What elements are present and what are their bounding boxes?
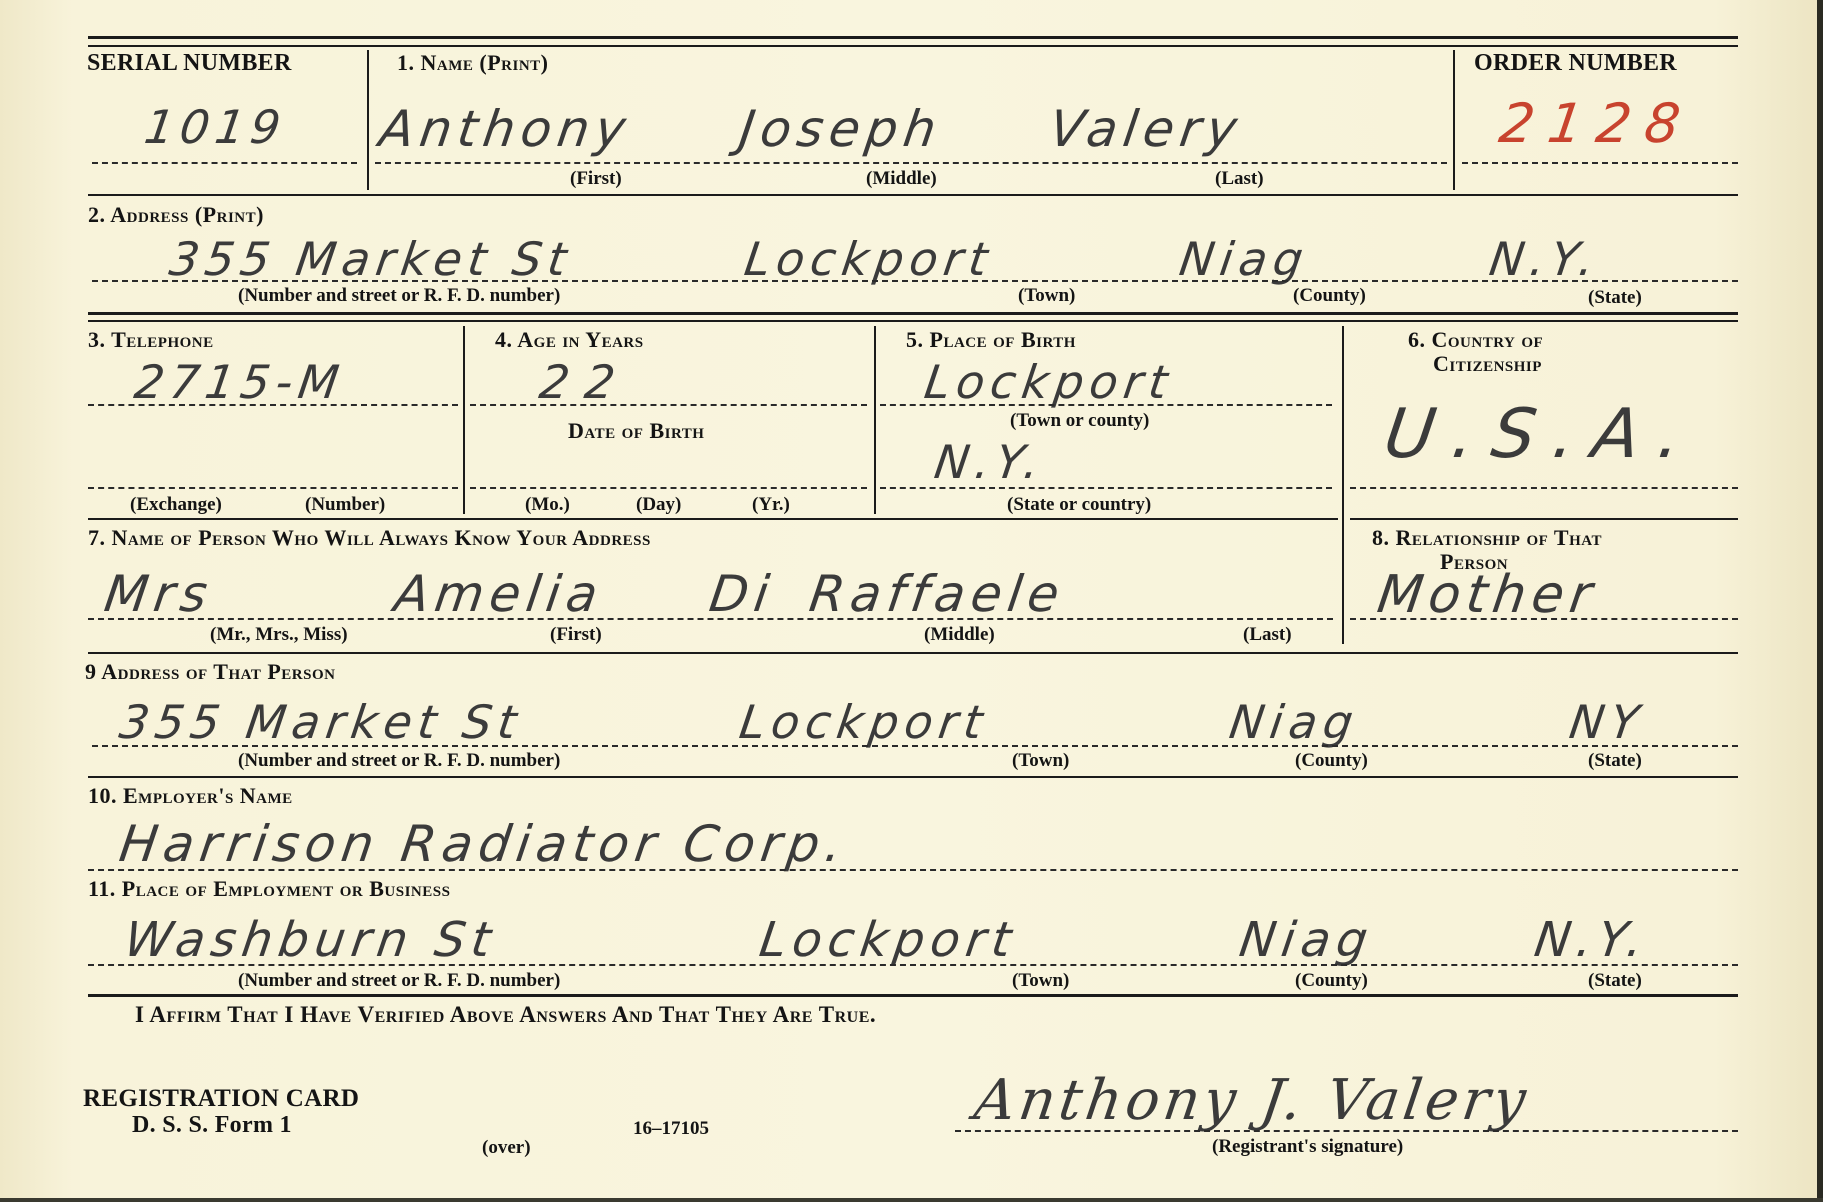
rule bbox=[88, 776, 1738, 778]
divider bbox=[463, 326, 465, 514]
employment-county-value: Niag bbox=[1236, 912, 1377, 968]
contact-first-value: Amelia bbox=[391, 565, 607, 623]
print-code: 16–17105 bbox=[633, 1118, 709, 1140]
order-number-value: 2128 bbox=[1496, 92, 1698, 155]
address-state-value: N.Y. bbox=[1486, 232, 1603, 286]
signature-value: Anthony J. Valery bbox=[970, 1068, 1533, 1133]
name-line bbox=[375, 162, 1447, 164]
card-edge bbox=[1817, 0, 1823, 1202]
age-label: 4. Age in Years bbox=[495, 327, 644, 353]
contact-first-caption: (First) bbox=[550, 624, 602, 646]
employment-state-caption: (State) bbox=[1588, 970, 1642, 992]
contact-name-line bbox=[88, 618, 1333, 620]
divider bbox=[874, 326, 876, 514]
birthplace-town-value: Lockport bbox=[921, 355, 1177, 409]
signature-caption: (Registrant's signature) bbox=[1212, 1136, 1403, 1158]
contact-address-state-caption: (State) bbox=[1588, 750, 1642, 772]
employer-value: Harrison Radiator Corp. bbox=[116, 815, 852, 873]
address-county-caption: (County) bbox=[1293, 285, 1366, 307]
contact-middle-value: Di bbox=[706, 565, 779, 623]
contact-address-street-value: 355 Market St bbox=[116, 695, 526, 749]
employment-town-value: Lockport bbox=[756, 912, 1021, 968]
birthplace-town-caption: (Town or county) bbox=[1010, 410, 1149, 432]
contact-last-value: Raffaele bbox=[806, 565, 1069, 623]
name-first-caption: (First) bbox=[570, 168, 622, 190]
telephone-exchange-caption: (Exchange) bbox=[130, 494, 222, 516]
serial-number-label: SERIAL NUMBER bbox=[87, 50, 292, 77]
contact-address-state-value: NY bbox=[1566, 695, 1648, 749]
over-label: (over) bbox=[482, 1137, 531, 1159]
citizenship-value: U.S.A. bbox=[1379, 395, 1704, 474]
contact-address-town-caption: (Town) bbox=[1012, 750, 1069, 772]
rule bbox=[88, 320, 1738, 322]
name-last-caption: (Last) bbox=[1215, 168, 1264, 190]
employment-place-line bbox=[88, 964, 1738, 966]
contact-address-street-caption: (Number and street or R. F. D. number) bbox=[238, 750, 560, 772]
employment-street-caption: (Number and street or R. F. D. number) bbox=[238, 970, 560, 992]
employer-label: 10. Employer's Name bbox=[88, 783, 293, 809]
card-edge bbox=[0, 1198, 1823, 1202]
citizenship-label-1: 6. Country of bbox=[1408, 327, 1543, 353]
date-of-birth-line bbox=[470, 487, 867, 489]
divider bbox=[367, 50, 369, 190]
address-town-caption: (Town) bbox=[1018, 285, 1075, 307]
birthplace-town-line bbox=[880, 404, 1332, 406]
rule bbox=[88, 994, 1738, 997]
telephone-label: 3. Telephone bbox=[88, 327, 214, 353]
birthplace-label: 5. Place of Birth bbox=[906, 327, 1076, 353]
divider bbox=[1453, 50, 1455, 190]
relationship-label-1: 8. Relationship of That bbox=[1372, 525, 1602, 551]
contact-middle-caption: (Middle) bbox=[924, 624, 995, 646]
birthplace-state-caption: (State or country) bbox=[1007, 494, 1151, 516]
telephone-line bbox=[88, 404, 458, 406]
telephone-line-2 bbox=[88, 487, 458, 489]
contact-address-county-value: Niag bbox=[1226, 695, 1362, 749]
form-title: REGISTRATION CARD bbox=[83, 1085, 359, 1113]
contact-last-caption: (Last) bbox=[1243, 624, 1292, 646]
employer-line bbox=[88, 869, 1738, 871]
dob-year-caption: (Yr.) bbox=[752, 494, 790, 516]
contact-address-town-value: Lockport bbox=[736, 695, 992, 749]
date-of-birth-label: Date of Birth bbox=[568, 418, 704, 444]
address-label: 2. Address (Print) bbox=[88, 202, 264, 228]
relationship-line bbox=[1350, 618, 1738, 620]
employment-state-value: N.Y. bbox=[1531, 912, 1652, 968]
order-number-label: ORDER NUMBER bbox=[1474, 50, 1677, 77]
rule bbox=[88, 652, 1738, 654]
citizenship-label-2: Citizenship bbox=[1433, 351, 1542, 377]
name-middle-value: Joseph bbox=[736, 100, 946, 158]
order-number-line bbox=[1462, 162, 1738, 164]
address-line bbox=[92, 280, 1738, 282]
affirmation-text: I Affirm That I Have Verified Above Answ… bbox=[135, 1002, 876, 1028]
rule bbox=[88, 36, 1738, 39]
contact-title-caption: (Mr., Mrs., Miss) bbox=[210, 624, 348, 646]
telephone-value: 2715-M bbox=[131, 355, 348, 409]
rule bbox=[88, 45, 1738, 47]
name-first-value: Anthony bbox=[376, 100, 635, 158]
contact-address-county-caption: (County) bbox=[1295, 750, 1368, 772]
serial-number-value: 1019 bbox=[141, 100, 290, 154]
address-state-caption: (State) bbox=[1588, 287, 1642, 309]
rule bbox=[88, 312, 1738, 315]
dob-day-caption: (Day) bbox=[636, 494, 681, 516]
divider bbox=[1342, 326, 1344, 644]
relationship-value: Mother bbox=[1374, 565, 1602, 625]
registration-card: SERIAL NUMBER 1019 1. Name (Print) Antho… bbox=[0, 0, 1823, 1202]
address-county-value: Niag bbox=[1176, 232, 1312, 286]
contact-name-label: 7. Name of Person Who Will Always Know Y… bbox=[88, 525, 651, 551]
name-middle-caption: (Middle) bbox=[866, 168, 937, 190]
contact-address-label: 9 Address of That Person bbox=[85, 659, 335, 685]
employment-county-caption: (County) bbox=[1295, 970, 1368, 992]
employment-place-label: 11. Place of Employment or Business bbox=[88, 876, 450, 902]
form-id: D. S. S. Form 1 bbox=[132, 1112, 292, 1139]
employment-street-value: Washburn St bbox=[121, 912, 500, 968]
citizenship-line bbox=[1350, 487, 1738, 489]
address-street-caption: (Number and street or R. F. D. number) bbox=[238, 285, 560, 307]
name-label: 1. Name (Print) bbox=[397, 50, 548, 76]
name-last-value: Valery bbox=[1046, 100, 1247, 158]
contact-address-line bbox=[92, 745, 1738, 747]
age-line bbox=[470, 404, 867, 406]
telephone-number-caption: (Number) bbox=[305, 494, 385, 516]
birthplace-state-value: N.Y. bbox=[931, 435, 1048, 489]
address-town-value: Lockport bbox=[741, 232, 997, 286]
birthplace-state-line bbox=[880, 487, 1332, 489]
contact-title-value: Mrs bbox=[101, 565, 217, 623]
dob-month-caption: (Mo.) bbox=[525, 494, 570, 516]
rule bbox=[88, 194, 1738, 196]
age-value: 22 bbox=[536, 355, 634, 409]
rule bbox=[88, 518, 1338, 520]
signature-line bbox=[955, 1130, 1738, 1132]
serial-number-line bbox=[92, 162, 357, 164]
address-street-value: 355 Market St bbox=[166, 232, 576, 286]
employment-town-caption: (Town) bbox=[1012, 970, 1069, 992]
rule bbox=[1350, 518, 1738, 520]
